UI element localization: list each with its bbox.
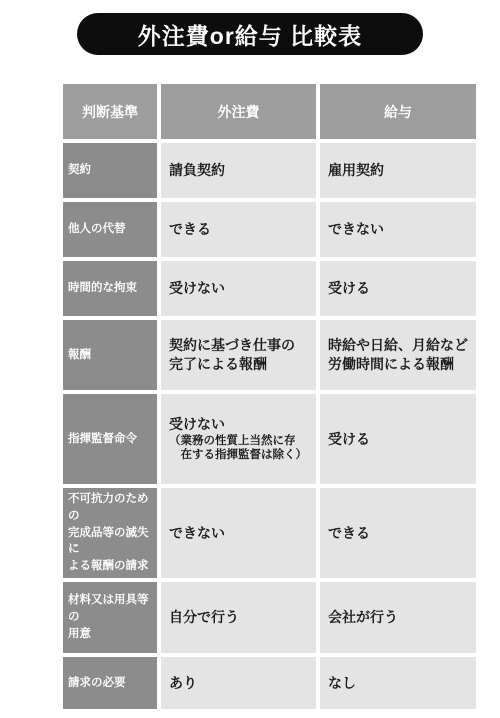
outsourcing-cell: 受けない （業務の性質上当然に存 在する指揮監督は除く） [161, 394, 316, 484]
outsourcing-cell: あり [161, 657, 316, 709]
cell-main-text: あり [169, 674, 197, 693]
cell-main-text: 受ける [328, 279, 370, 298]
row-label-text: 契約 [68, 162, 91, 179]
cell-main-text: 時給や日給、月給など 労働時間による報酬 [328, 336, 468, 374]
salary-cell: 会社が行う [320, 582, 476, 653]
row-label-substitution: 他人の代替 [63, 202, 157, 257]
row-label-force-majeure: 不可抗力のための 完成品等の滅失に よる報酬の請求 [63, 488, 157, 578]
cell-main-text: できない [169, 524, 225, 543]
header-label: 給与 [384, 102, 412, 122]
cell-main-text: 請負契約 [169, 161, 225, 180]
cell-main-text: 受けない [169, 415, 225, 434]
row-label-text: 時間的な拘束 [68, 280, 137, 297]
outsourcing-cell: 受けない [161, 261, 316, 316]
cell-main-text: できる [169, 220, 211, 239]
cell-main-text: 会社が行う [328, 608, 398, 627]
row-label-text: 他人の代替 [68, 221, 126, 238]
salary-cell: なし [320, 657, 476, 709]
cell-main-text: なし [328, 674, 356, 693]
comparison-table: 判断基準 外注費 給与 契約 請負契約 雇用契約 他人の代替 できる できない [63, 84, 477, 709]
outsourcing-cell: 契約に基づき仕事の 完了による報酬 [161, 320, 316, 390]
salary-cell: 受ける [320, 261, 476, 316]
title-banner: 外注費or給与 比較表 [77, 13, 423, 55]
salary-cell: 雇用契約 [320, 143, 476, 198]
cell-main-text: 雇用契約 [328, 161, 384, 180]
header-cell-criteria: 判断基準 [63, 84, 157, 139]
header-label: 外注費 [218, 102, 260, 122]
header-label: 判断基準 [82, 102, 138, 122]
page: 外注費or給与 比較表 判断基準 外注費 給与 契約 請負契約 雇用契約 他人の… [0, 0, 500, 718]
salary-cell: できる [320, 488, 476, 578]
outsourcing-cell: できる [161, 202, 316, 257]
row-label-supervision: 指揮監督命令 [63, 394, 157, 484]
row-label-text: 材料又は用具等の 用意 [68, 592, 153, 642]
row-label-materials: 材料又は用具等の 用意 [63, 582, 157, 653]
row-label-text: 請求の必要 [68, 675, 126, 692]
cell-main-text: 自分で行う [169, 608, 239, 627]
row-label-invoice: 請求の必要 [63, 657, 157, 709]
salary-cell: 時給や日給、月給など 労働時間による報酬 [320, 320, 476, 390]
row-label-text: 不可抗力のための 完成品等の滅失に よる報酬の請求 [68, 491, 153, 574]
cell-main-text: できない [328, 220, 384, 239]
row-label-text: 報酬 [68, 347, 91, 364]
header-cell-outsourcing: 外注費 [161, 84, 316, 139]
row-label-text: 指揮監督命令 [68, 431, 137, 448]
row-label-time-restraint: 時間的な拘束 [63, 261, 157, 316]
page-title: 外注費or給与 比較表 [138, 18, 362, 51]
row-label-contract: 契約 [63, 143, 157, 198]
row-label-compensation: 報酬 [63, 320, 157, 390]
salary-cell: 受ける [320, 394, 476, 484]
cell-main-text: できる [328, 524, 370, 543]
outsourcing-cell: 自分で行う [161, 582, 316, 653]
cell-main-text: 受ける [328, 430, 370, 449]
cell-main-text: 受けない [169, 279, 225, 298]
header-cell-salary: 給与 [320, 84, 476, 139]
cell-note-text: （業務の性質上当然に存 在する指揮監督は除く） [169, 434, 307, 464]
outsourcing-cell: できない [161, 488, 316, 578]
outsourcing-cell: 請負契約 [161, 143, 316, 198]
salary-cell: できない [320, 202, 476, 257]
cell-main-text: 契約に基づき仕事の 完了による報酬 [169, 336, 295, 374]
